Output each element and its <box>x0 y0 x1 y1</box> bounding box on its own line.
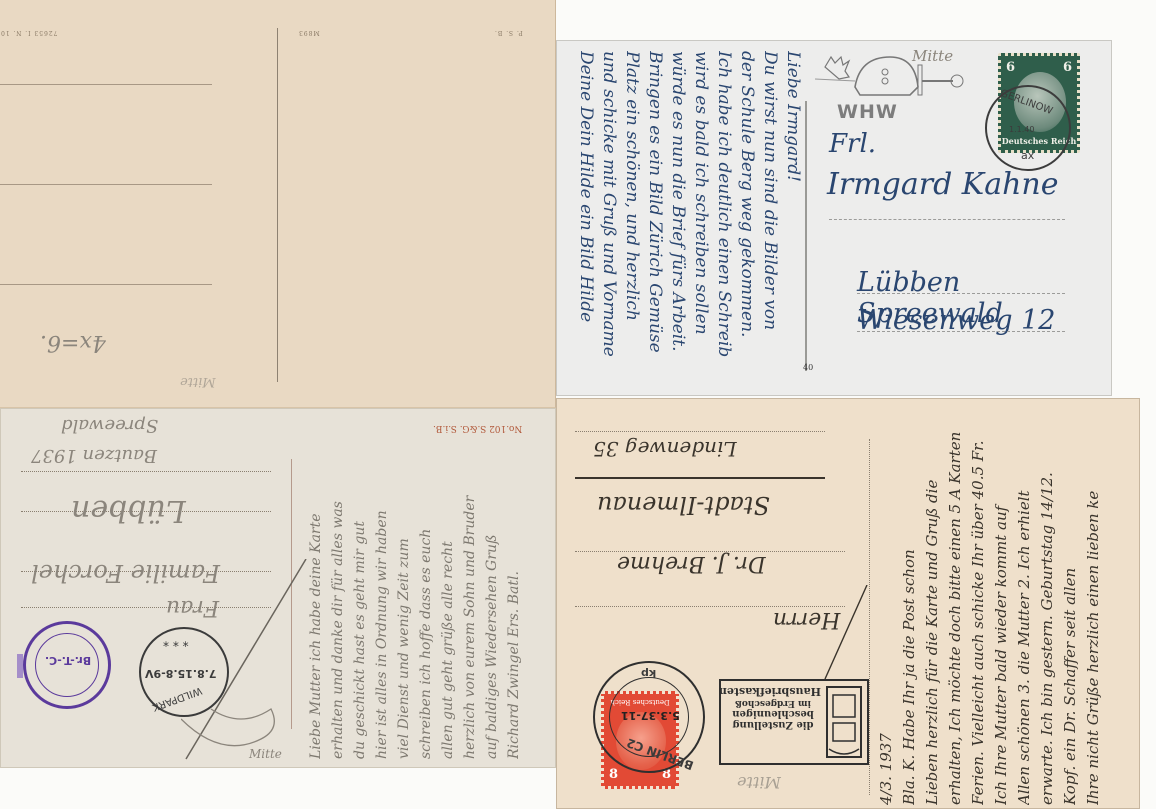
message-line: hier ist alles in Ordnung wir haben <box>375 496 389 759</box>
message-line: würde es nun die Brief fürs Arbeit. <box>669 51 686 357</box>
slogan-line: beschleunigen <box>725 708 821 719</box>
rule-line <box>575 431 825 432</box>
rule-line-bold <box>575 477 825 479</box>
ink-smudge <box>17 654 23 678</box>
message-line: wird es bald ich schreiben sollen <box>692 51 709 357</box>
message-line: Ich Ihre Mutter bald wieder kommt auf <box>994 432 1009 805</box>
address-line-name: Dr. J. Brehme <box>617 551 766 576</box>
postmark-date: 5.3.37-11 <box>621 709 680 722</box>
address-line-date: Bautzen 1937 <box>31 445 157 466</box>
message-text-block: Liebe Mutter ich habe deine Karte erhalt… <box>297 439 549 759</box>
pencil-note-mitte: Mitte <box>249 747 282 761</box>
rule-line <box>21 471 271 472</box>
postmark-stars: * * * <box>163 635 189 649</box>
pencil-note-4x6: 4x=6. <box>40 330 106 355</box>
message-line: Lieben herzlich für die Karte und Gruß d… <box>925 432 940 805</box>
stamp-value-left: 6 <box>1006 60 1015 75</box>
divider-line <box>869 439 871 795</box>
postcard-top-left: P. S. B. M893 72653 I. N. 10 4x=6. Mitte <box>0 0 556 408</box>
slogan-cancel-text: WHW <box>837 101 898 123</box>
message-line: auf baldiges Wiedersehen Gruß <box>485 496 499 759</box>
message-line: erhalten, Ich möchte doch bitte einen 5 … <box>948 432 963 805</box>
message-line: Du wirst nun sind die Bilder von <box>761 51 778 357</box>
divider-line <box>277 28 278 382</box>
stamp-value-right: 6 <box>1063 60 1072 75</box>
pencil-note-mitte: Mitte <box>737 773 781 792</box>
message-line: Ihre nicht Grüße herzlich einen lieben k… <box>1086 432 1101 805</box>
message-line: Ich habe ich deutlich einen Schreib <box>715 51 732 357</box>
rule-line <box>0 284 212 285</box>
handwritten-message: Liebe Irmgard! Du wirst nun sind die Bil… <box>577 51 801 357</box>
recipient-title: Frl. <box>829 129 876 159</box>
mailbox-door-icon <box>825 685 863 759</box>
address-line-region: Spreewald <box>61 415 158 436</box>
slogan-text: die Zustellung beschleunigen im Erdgesch… <box>725 685 821 730</box>
greeting: Liebe Irmgard! <box>784 51 801 357</box>
pencil-note-mitte: Mitte <box>180 374 216 389</box>
message-text-block: Liebe Irmgard! Du wirst nun sind die Bil… <box>561 51 811 391</box>
message-text-block: 4/3. 1937 Bla. K. Habe Ihr ja die Post s… <box>875 405 1137 805</box>
stamp-value-left: 8 <box>609 767 618 782</box>
message-line: Kopf. ein Dr. Schaffer seit allen <box>1063 432 1078 805</box>
message-line: Deine Dein Hilde ein Bild Hilde <box>577 51 594 357</box>
message-line: du geschickt hast es geht mir gut <box>353 496 367 759</box>
message-line: schreiben ich hoffe dass es euch <box>419 496 433 759</box>
address-rule <box>829 219 1065 220</box>
slogan-line: die Zustellung <box>725 719 821 730</box>
address-line-city: Stadt-Ilmenau <box>597 491 770 519</box>
printed-mark-psb: P. S. B. <box>494 29 523 36</box>
print-mark: No.102 S.&G. S.i.B. <box>433 423 522 433</box>
date-line: 4/3. 1937 <box>879 432 894 805</box>
message-line: Platz ein schönen, und herzlich <box>623 51 640 357</box>
message-line: Richard Zwingel Ers. Batl. <box>507 496 521 759</box>
message-line: erhalten und danke dir für alles was <box>331 496 345 759</box>
postmark-date: 7.8.15.8-9V <box>145 667 217 680</box>
address-line-city: Lübben <box>71 493 186 528</box>
slogan-line: im Erdgeschoß <box>725 698 821 708</box>
address-rule <box>857 293 1065 294</box>
message-line: und schicke mit Gruß und Vorname <box>600 51 617 357</box>
handwritten-message: 4/3. 1937 Bla. K. Habe Ihr ja die Post s… <box>879 432 1101 805</box>
message-line: Liebe Mutter ich habe deine Karte <box>309 496 323 759</box>
postmark-date: 1.1.40 <box>1009 125 1034 134</box>
message-line: viel Dienst und wenig Zeit zum <box>397 496 411 759</box>
handwritten-message: Liebe Mutter ich habe deine Karte erhalt… <box>305 496 521 759</box>
postcard-bottom-left: No.102 S.&G. S.i.B. Frau Familie Forchel… <box>0 408 556 768</box>
postmark-code: ax <box>1021 149 1034 162</box>
divider-line <box>805 101 807 371</box>
postmark-place: WILDPARK <box>151 684 203 712</box>
slogan-cancel-mailbox: die Zustellung beschleunigen im Erdgesch… <box>719 679 869 765</box>
rule-line <box>0 184 212 185</box>
message-line: Allen schönen 3. die Mutter 2. Ich erhie… <box>1017 432 1032 805</box>
message-line: Bla. K. Habe Ihr ja die Post schon <box>902 432 917 805</box>
print-number: 40 <box>803 363 813 372</box>
rule-line <box>0 84 212 85</box>
message-line: Bringen es ein Bild Zürich Gemüse <box>646 51 663 357</box>
postmark-circle: GERLINOW 1.1.40 ax <box>985 85 1071 171</box>
slogan-line: Hausbriefkasten <box>725 685 821 698</box>
message-line: der Schule Berg weg gekommen. <box>738 51 755 357</box>
address-rule <box>857 331 1065 332</box>
ink-stroke-icon <box>819 585 869 681</box>
postmark-circle: kp 5.3.37-11 BERLIN C2 <box>593 661 705 773</box>
postcard-bottom-right: Lindenweg 35 Stadt-Ilmenau Dr. J. Brehme… <box>556 398 1140 809</box>
recipient-name: Irmgard Kahne <box>827 167 1059 202</box>
pencil-note-mitte: Mitte <box>912 47 953 65</box>
printed-mark-number: M893 <box>298 29 320 36</box>
postmark-circle: * * * 7.8.15.8-9V WILDPARK <box>139 627 229 717</box>
postcard-top-right: Liebe Irmgard! Du wirst nun sind die Bil… <box>556 40 1112 396</box>
postmark-place: GERLINOW <box>999 88 1054 117</box>
message-line: erwarte. Ich bin gestern. Geburtstag 14/… <box>1040 432 1055 805</box>
address-line-street: Lindenweg 35 <box>593 437 737 461</box>
military-stamp-inner-text: Br.-T.-C. <box>36 654 100 667</box>
message-line: Ferien. Vielleicht auch schicke Ihr über… <box>971 432 986 805</box>
postmark-code: kp <box>641 667 656 680</box>
message-line: allen gut geht grüße alle recht <box>441 496 455 759</box>
printed-mark-code: 72653 I. N. 10 <box>0 29 58 36</box>
military-unit-stamp: Br.-T.-C. <box>23 621 111 709</box>
message-line: herzlich von eurem Sohn und Bruder <box>463 496 477 759</box>
